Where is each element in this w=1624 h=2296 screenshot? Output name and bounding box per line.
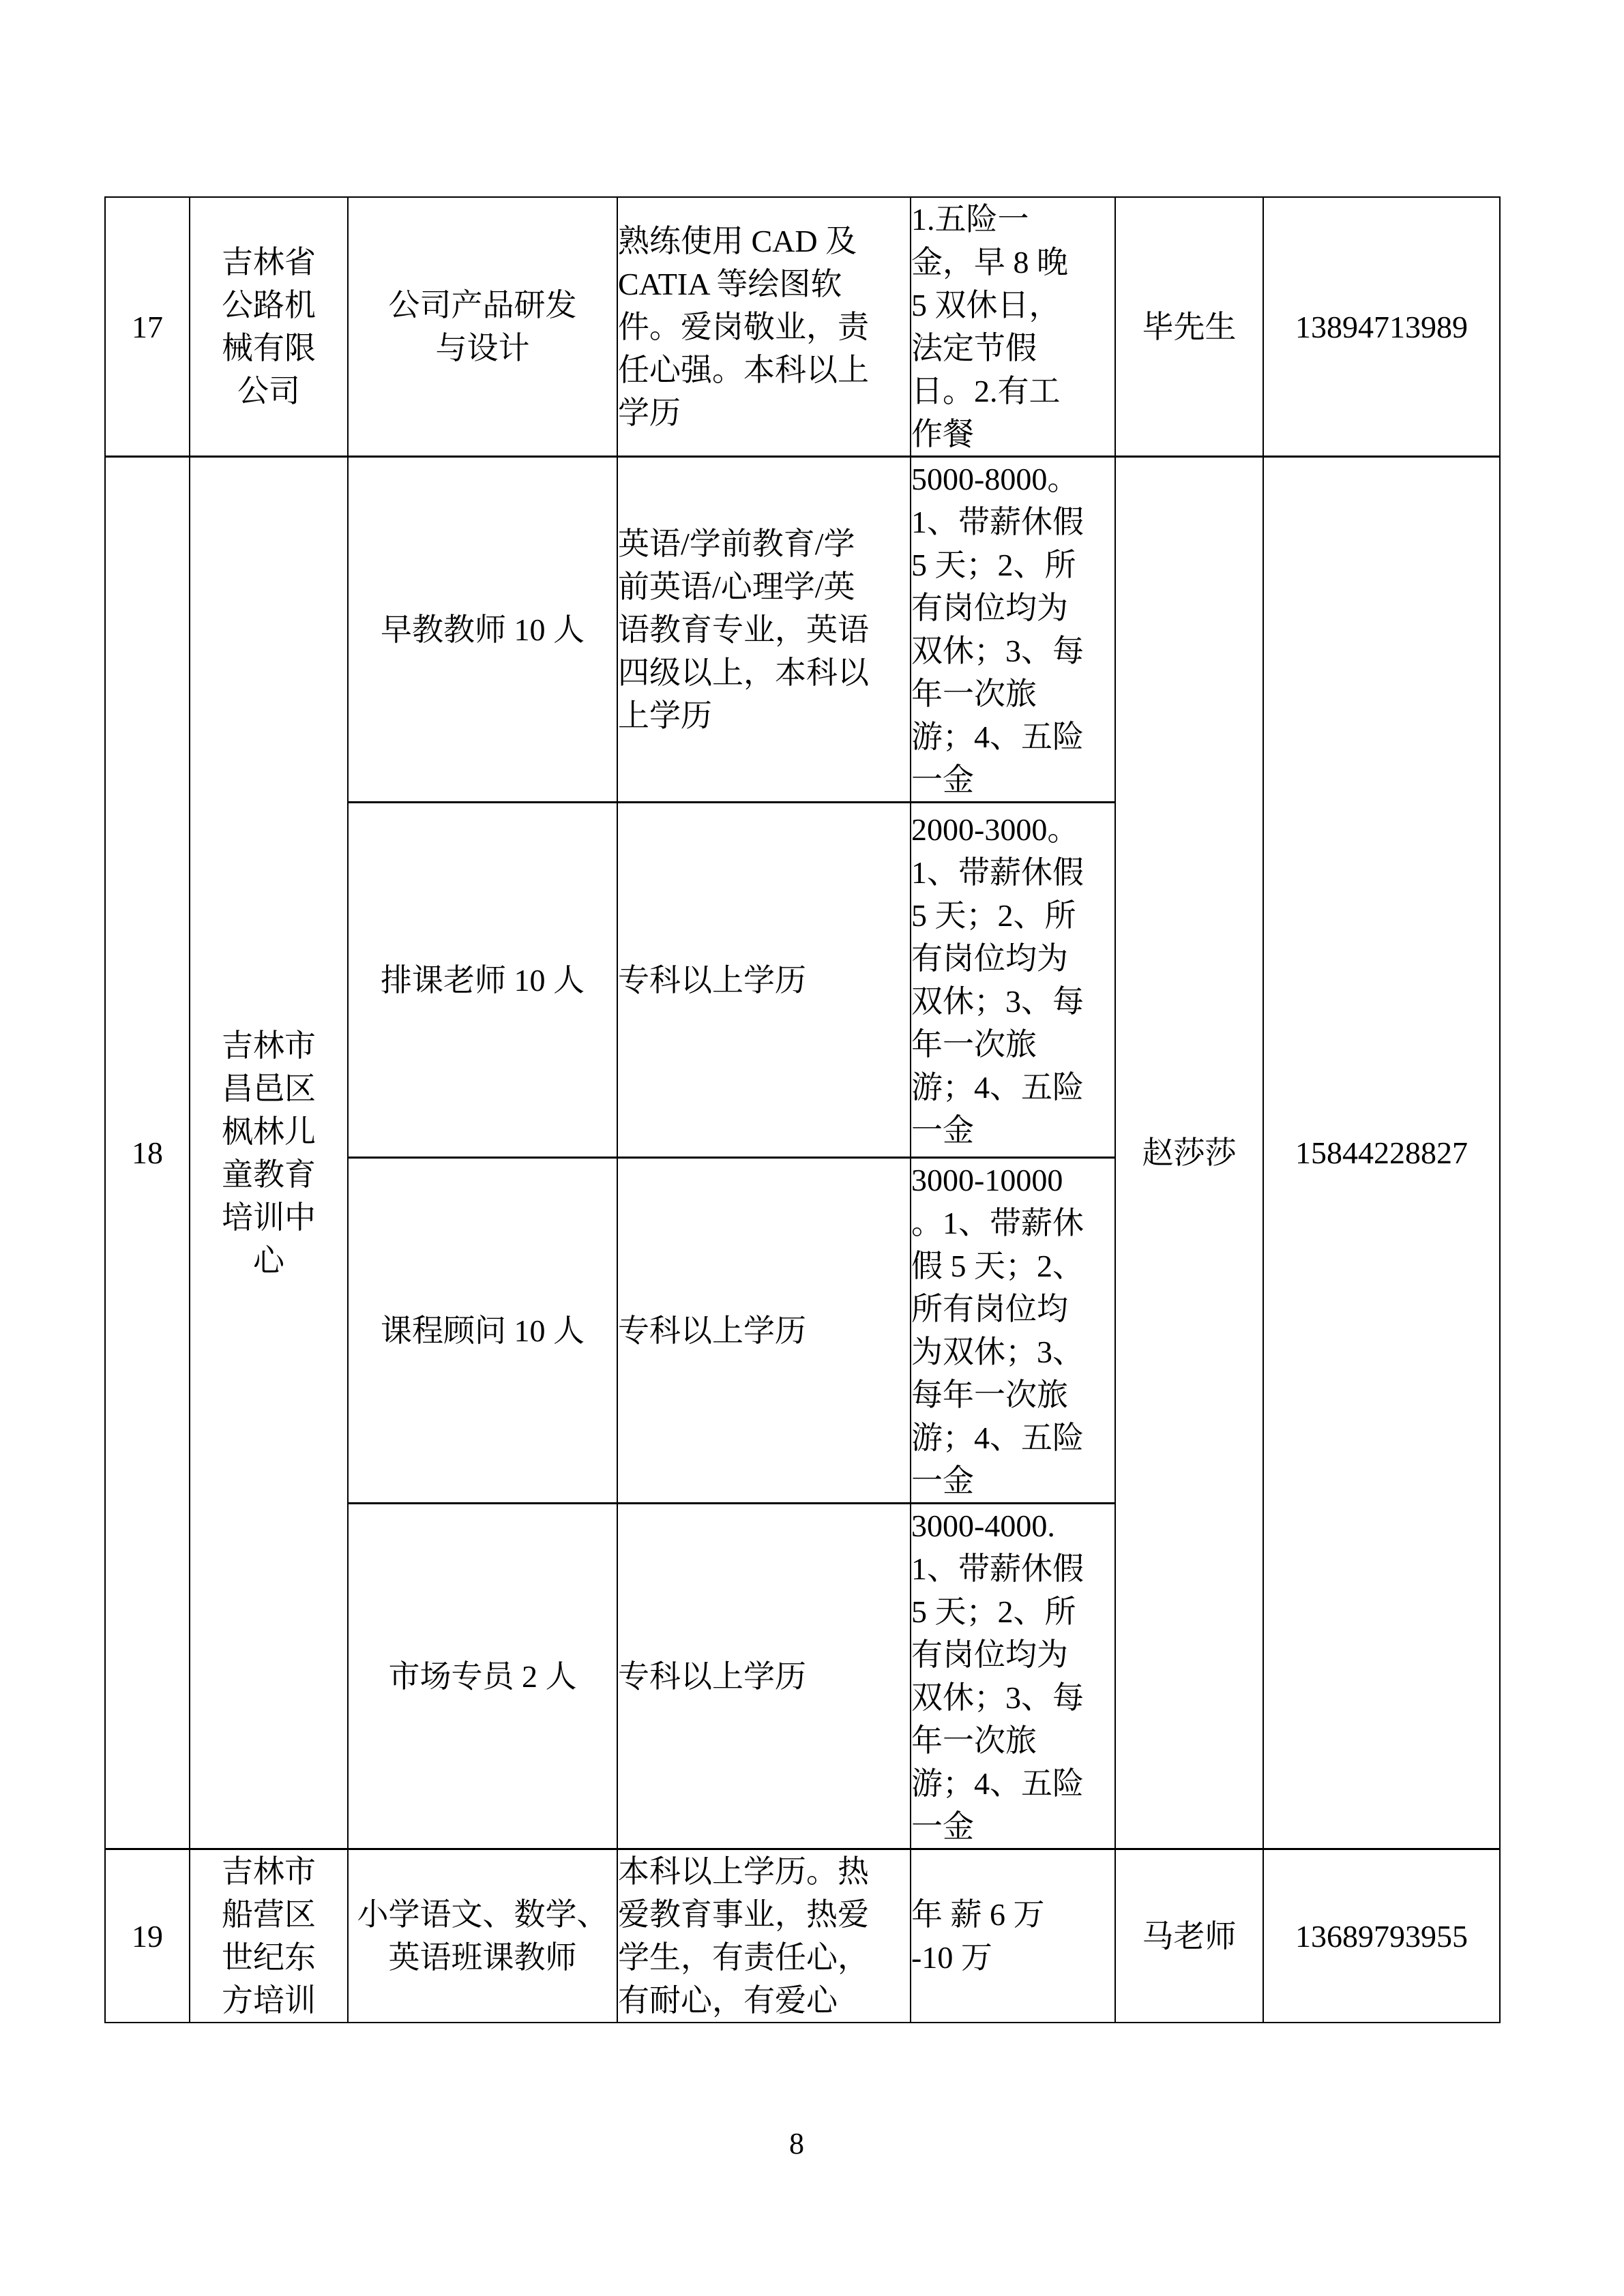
contact-person-cell: 马老师 <box>1115 1849 1263 2023</box>
recruitment-table: 17 吉林省 公路机 械有限 公司 公司产品研发 与设计 熟练使用 CAD 及 … <box>104 196 1501 2023</box>
position-cell: 早教教师 10 人 <box>348 457 617 803</box>
row-number-cell: 19 <box>105 1849 190 2023</box>
row-number-cell: 17 <box>105 197 190 457</box>
table-row: 19 吉林市 船营区 世纪东 方培训 小学语文、数学、 英语班课教师 本科以上学… <box>105 1849 1500 2023</box>
phone-number-cell: 13894713989 <box>1263 197 1500 457</box>
company-cell: 吉林市 昌邑区 枫林儿 童教育 培训中 心 <box>190 457 348 1849</box>
document-page: 17 吉林省 公路机 械有限 公司 公司产品研发 与设计 熟练使用 CAD 及 … <box>0 0 1624 2296</box>
requirement-cell: 专科以上学历 <box>617 1504 911 1849</box>
position-cell: 小学语文、数学、 英语班课教师 <box>348 1849 617 2023</box>
position-cell: 课程顾问 10 人 <box>348 1158 617 1504</box>
contact-person-cell: 赵莎莎 <box>1115 457 1263 1849</box>
salary-benefits-cell: 3000-10000 。1、带薪休 假 5 天；2、 所有岗位均 为双休；3、 … <box>911 1158 1115 1504</box>
company-cell: 吉林市 船营区 世纪东 方培训 <box>190 1849 348 2023</box>
phone-number-cell: 15844228827 <box>1263 457 1500 1849</box>
requirement-cell: 本科以上学历。热 爱教育事业，热爱 学生，有责任心， 有耐心，有爱心 <box>617 1849 911 2023</box>
position-cell: 市场专员 2 人 <box>348 1504 617 1849</box>
requirement-cell: 专科以上学历 <box>617 803 911 1158</box>
salary-benefits-cell: 1.五险一 金，早 8 晚 5 双休日， 法定节假 日。2.有工 作餐 <box>911 197 1115 457</box>
row-number-cell: 18 <box>105 457 190 1849</box>
company-cell: 吉林省 公路机 械有限 公司 <box>190 197 348 457</box>
table-row: 17 吉林省 公路机 械有限 公司 公司产品研发 与设计 熟练使用 CAD 及 … <box>105 197 1500 457</box>
requirement-cell: 专科以上学历 <box>617 1158 911 1504</box>
page-number: 8 <box>782 2126 812 2162</box>
phone-number-cell: 13689793955 <box>1263 1849 1500 2023</box>
contact-person-cell: 毕先生 <box>1115 197 1263 457</box>
requirement-cell: 英语/学前教育/学 前英语/心理学/英 语教育专业，英语 四级以上，本科以 上学… <box>617 457 911 803</box>
position-cell: 公司产品研发 与设计 <box>348 197 617 457</box>
salary-benefits-cell: 2000-3000。 1、带薪休假 5 天；2、所 有岗位均为 双休；3、每 年… <box>911 803 1115 1158</box>
salary-benefits-cell: 5000-8000。 1、带薪休假 5 天；2、所 有岗位均为 双休；3、每 年… <box>911 457 1115 803</box>
position-cell: 排课老师 10 人 <box>348 803 617 1158</box>
table-row: 18 吉林市 昌邑区 枫林儿 童教育 培训中 心 早教教师 10 人 英语/学前… <box>105 457 1500 803</box>
salary-benefits-cell: 年 薪 6 万 -10 万 <box>911 1849 1115 2023</box>
salary-benefits-cell: 3000-4000. 1、带薪休假 5 天；2、所 有岗位均为 双休；3、每 年… <box>911 1504 1115 1849</box>
requirement-cell: 熟练使用 CAD 及 CATIA 等绘图软 件。爱岗敬业，责 任心强。本科以上 … <box>617 197 911 457</box>
